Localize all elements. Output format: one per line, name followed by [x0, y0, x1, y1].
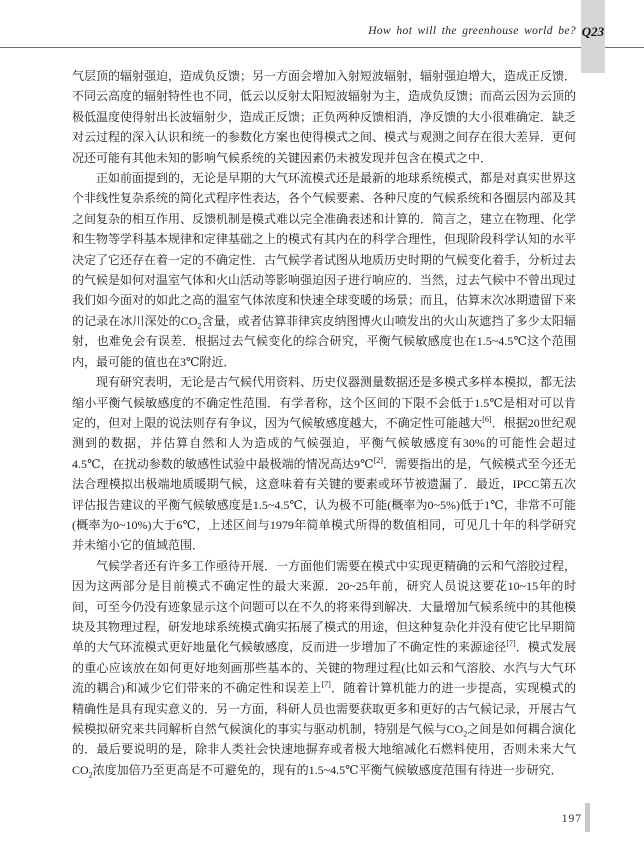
text-run: 正如前面提到的，无论是早期的大气环流模式还是最新的地球系统模式，都是对真实世界这… — [72, 171, 576, 328]
text-run: 气层顶的辐射强迫，造成负反馈；另一方面会增加入射短波辐射，辐射强迫增大，造成正反… — [72, 69, 576, 165]
paragraph: 正如前面提到的，无论是早期的大气环流模式还是最新的地球系统模式，都是对真实世界这… — [72, 168, 576, 372]
body-text: 气层顶的辐射强迫，造成负反馈；另一方面会增加入射短波辐射，辐射强迫增大，造成正反… — [72, 66, 576, 780]
question-badge-label: Q23 — [581, 24, 605, 40]
header-rule — [0, 47, 644, 48]
paragraph: 气层顶的辐射强迫，造成负反馈；另一方面会增加入射短波辐射，辐射强迫增大，造成正反… — [72, 66, 576, 168]
citation-superscript: [7] — [321, 680, 330, 689]
question-badge: Q23 — [581, 0, 605, 73]
running-title: How hot will the greenhouse world be? — [368, 25, 576, 37]
page-number: 197 — [540, 813, 582, 825]
text-run: 浓度加倍乃至更高是不可避免的，现有的1.5~4.5℃平衡气候敏感度范围有待进一步… — [93, 763, 563, 777]
paragraph: 气候学者还有许多工作亟待开展．一方面他们需要在模式中实现更精确的云和气溶胶过程，… — [72, 556, 576, 780]
citation-superscript: [2] — [374, 456, 383, 465]
paragraph: 现有研究表明，无论是古气候代用资料、历史仪器测量数据还是多模式多样本模拟，都无法… — [72, 372, 576, 556]
text-run: ．需要指出的是，气候模式至今还无法合理模拟出极端地质暖期气候，这意味着有关键的要… — [72, 457, 576, 553]
citation-superscript: [6] — [482, 415, 491, 424]
citation-superscript: [7] — [506, 639, 515, 648]
footer-bar — [585, 803, 590, 832]
book-page: How hot will the greenhouse world be? Q2… — [0, 0, 644, 844]
text-run: 气候学者还有许多工作亟待开展．一方面他们需要在模式中实现更精确的云和气溶胶过程，… — [72, 559, 576, 655]
